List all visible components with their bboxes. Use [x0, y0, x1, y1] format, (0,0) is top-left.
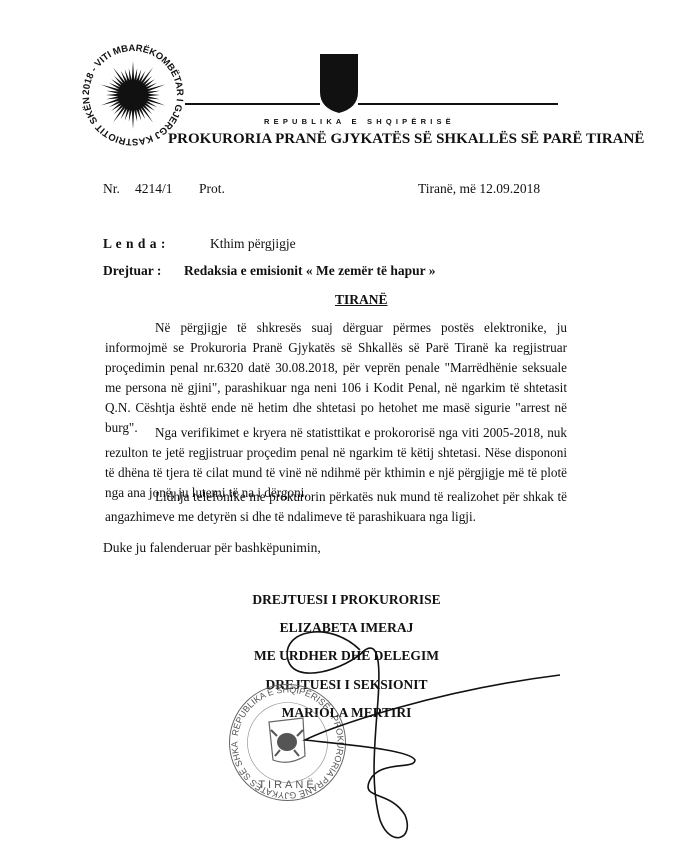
- subject-value: Kthim përgjigje: [210, 236, 296, 252]
- prot-label: Prot.: [199, 181, 225, 197]
- signatory-title: DREJTUESI I PROKURORISE: [0, 592, 673, 608]
- closing-line: Duke ju falenderuar për bashkëpunimin,: [103, 540, 321, 556]
- coat-of-arms-shield-icon: [318, 52, 360, 114]
- protocol-number: 4214/1: [135, 181, 173, 197]
- institution-title: PROKURORIA PRANË GJYKATËS SË SHKALLËS SË…: [168, 131, 644, 148]
- body-paragraph-3: Lidhja telefonike me prokurorin përkatës…: [105, 487, 567, 527]
- addressee-value: Redaksia e emisionit « Me zemër të hapur…: [184, 263, 435, 279]
- body-paragraph-1-text: Në përgjigje të shkresës suaj dërguar pë…: [105, 320, 567, 435]
- body-paragraph-1: Në përgjigje të shkresës suaj dërguar pë…: [105, 318, 567, 438]
- star-burst-icon: [101, 61, 166, 129]
- handwritten-signature: [240, 610, 570, 849]
- header-rule-right: [358, 103, 558, 105]
- header-rule-left: [185, 103, 320, 105]
- place-date: Tiranë, më 12.09.2018: [418, 181, 540, 197]
- republic-label: REPUBLIKA E SHQIPËRISË: [264, 117, 455, 126]
- city-heading: TIRANË: [335, 292, 388, 308]
- body-paragraph-3-text: Lidhja telefonike me prokurorin përkatës…: [105, 489, 567, 524]
- subject-label: L e n d a :: [103, 236, 166, 252]
- addressee-label: Drejtuar :: [103, 263, 161, 279]
- nr-label: Nr.: [103, 181, 120, 197]
